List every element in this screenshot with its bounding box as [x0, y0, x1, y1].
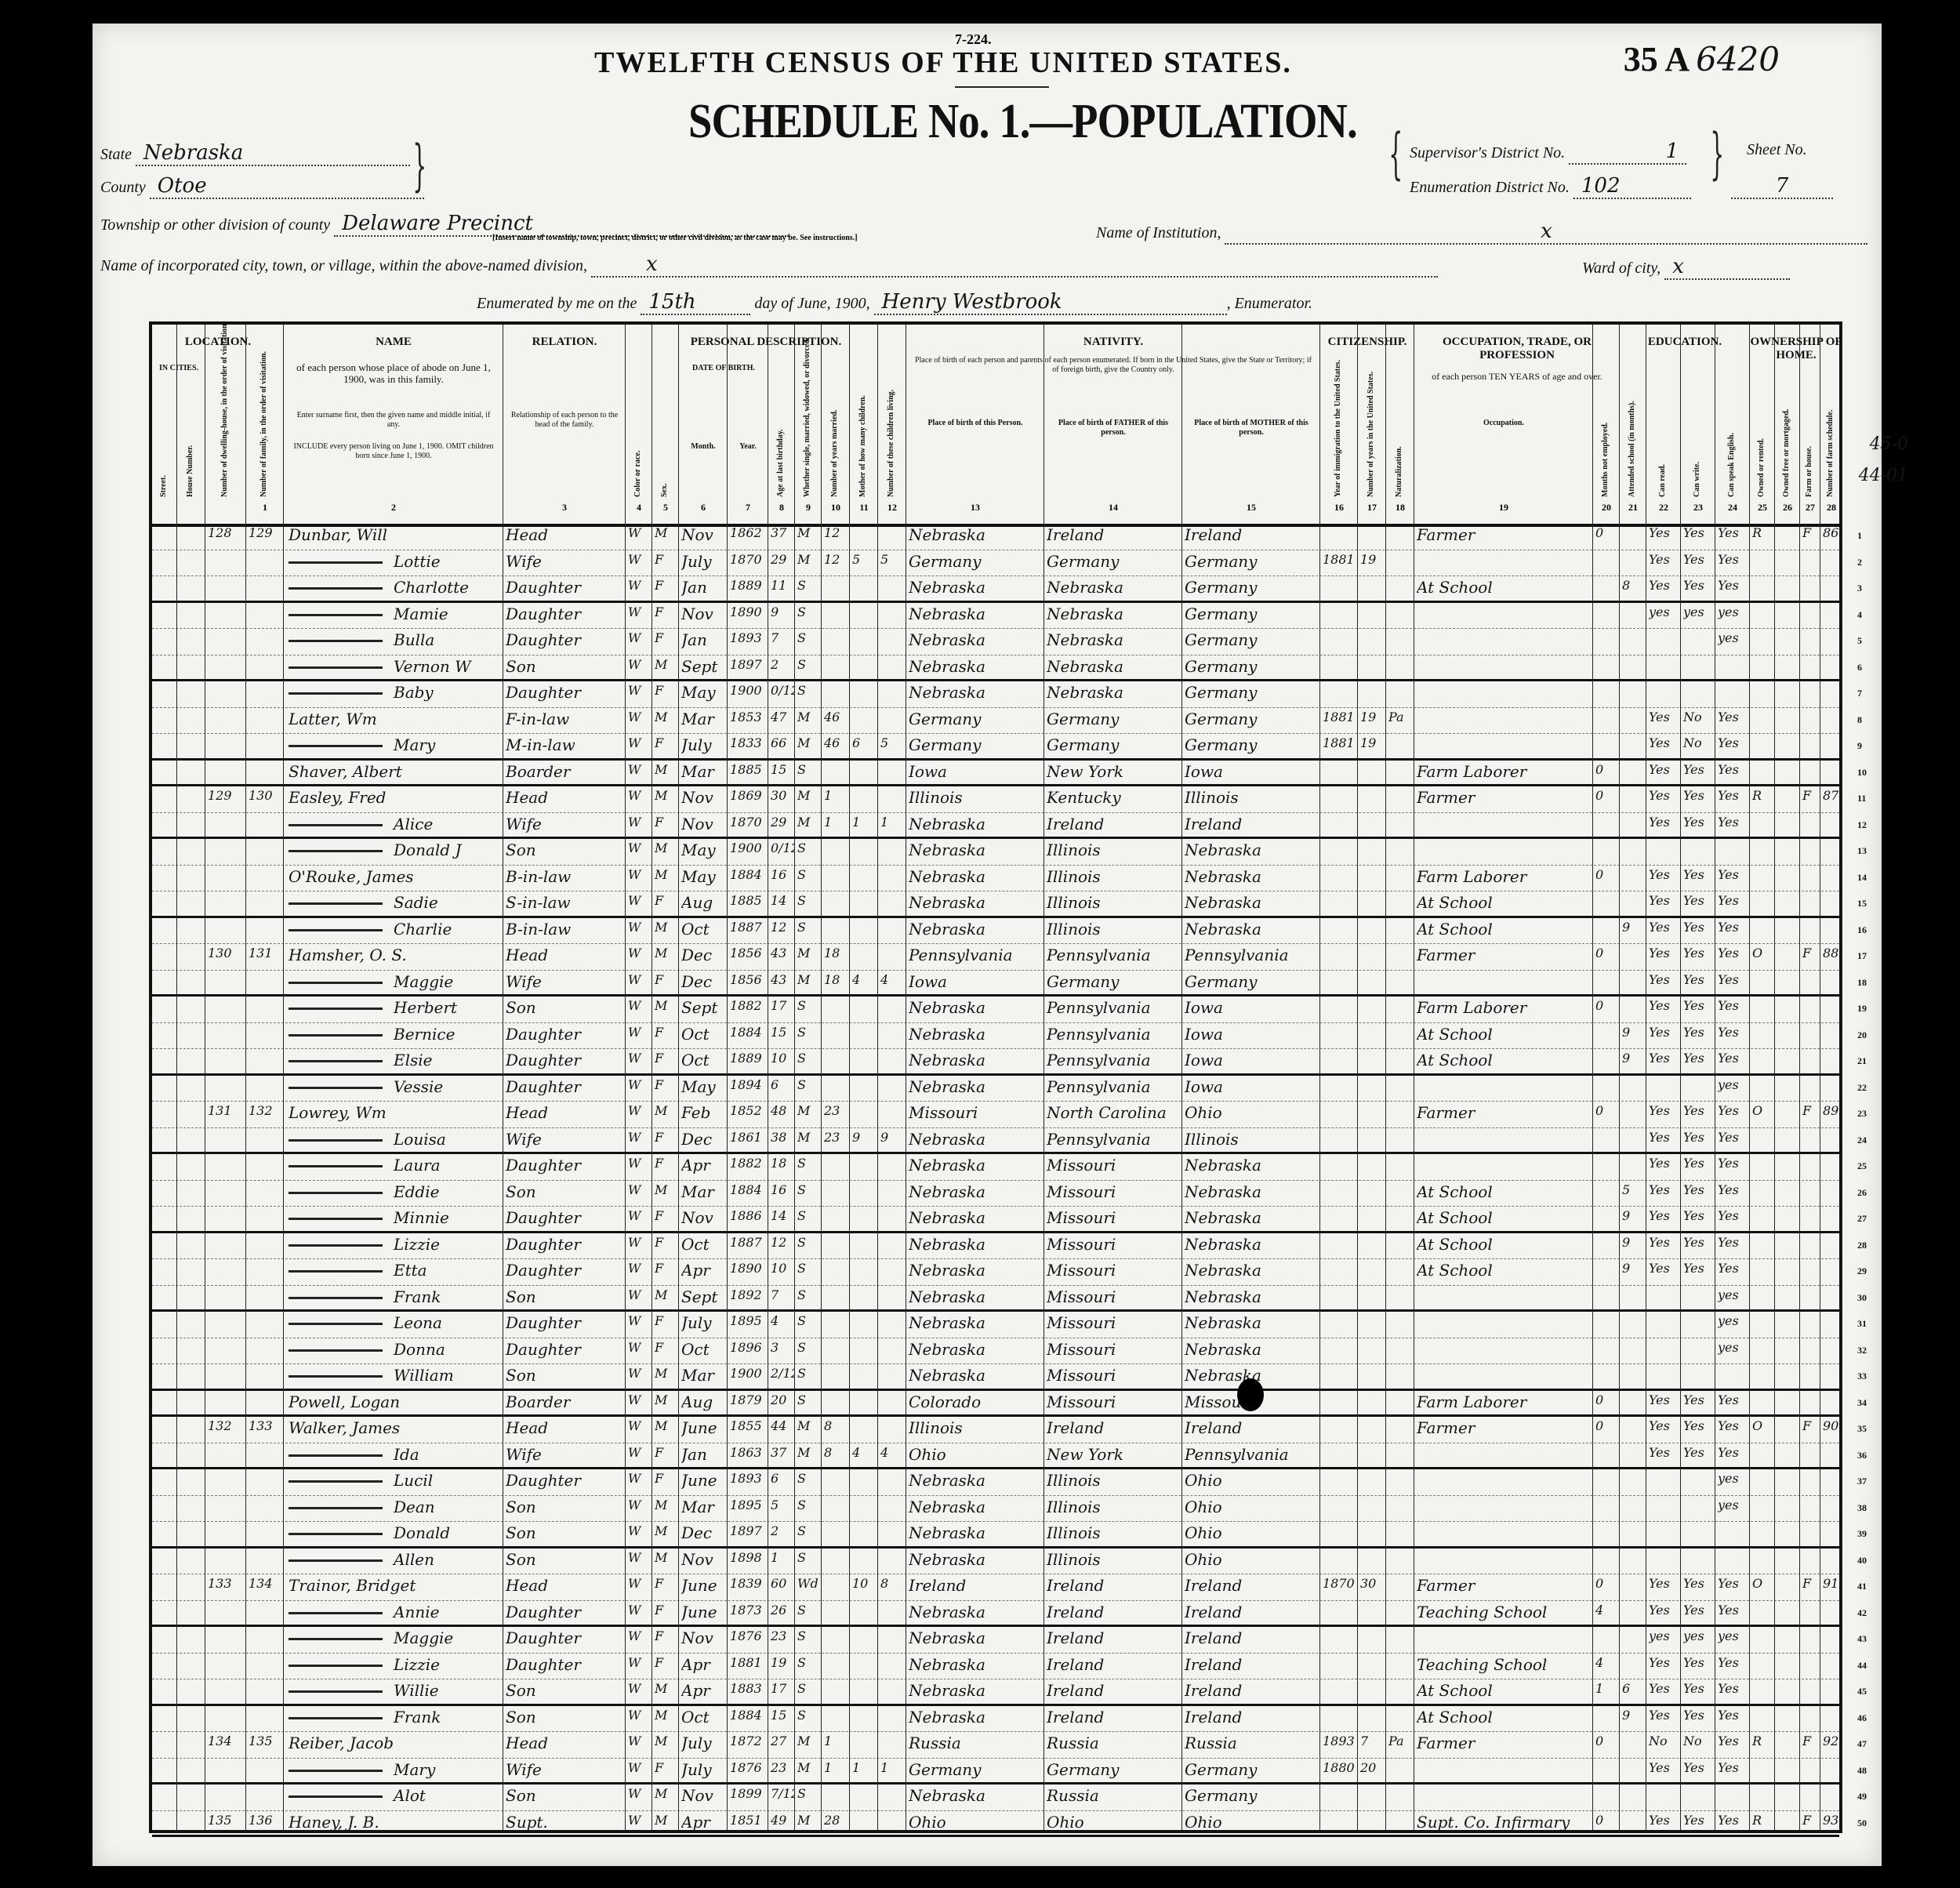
census-page: 7-224. TWELFTH CENSUS OF THE UNITED STAT…	[93, 24, 1882, 1866]
row-number: 9	[1857, 740, 1862, 752]
brace: {	[1388, 122, 1403, 186]
column-line	[1320, 325, 1358, 1830]
column-line	[728, 325, 768, 1830]
row-number: 29	[1857, 1265, 1867, 1277]
state-label: State	[100, 146, 132, 163]
column-line	[1681, 325, 1715, 1830]
township-note: [Insert name of township, town, precinct…	[492, 234, 858, 242]
row-number: 46	[1857, 1712, 1867, 1724]
row-number: 25	[1857, 1160, 1867, 1172]
row-number: 36	[1857, 1450, 1867, 1461]
city-value: x	[591, 252, 1438, 278]
census-title: TWELFTH CENSUS OF THE UNITED STATES.	[594, 45, 1292, 80]
ink-blot	[1237, 1378, 1264, 1411]
row-number: 15	[1857, 898, 1867, 910]
column-line	[768, 325, 795, 1830]
row-number: 40	[1857, 1555, 1867, 1567]
row-number: 6	[1857, 662, 1862, 674]
row-number: 41	[1857, 1581, 1867, 1592]
column-line	[1044, 325, 1182, 1830]
row-number: 39	[1857, 1528, 1867, 1540]
column-line	[1646, 325, 1681, 1830]
row-number: 7	[1857, 688, 1862, 699]
row-number: 8	[1857, 714, 1862, 726]
column-line	[246, 325, 284, 1830]
schedule-title: SCHEDULE No. 1.—POPULATION.	[688, 94, 1357, 150]
column-line	[152, 325, 177, 1830]
row-number: 47	[1857, 1738, 1867, 1750]
column-line	[626, 325, 652, 1830]
row-number: 24	[1857, 1135, 1867, 1146]
row-number: 16	[1857, 924, 1867, 936]
township-label: Township or other division of county	[100, 216, 330, 234]
state-value: Nebraska	[136, 141, 410, 166]
column-line	[906, 325, 1044, 1830]
enumeration-value: 102	[1573, 174, 1691, 199]
margin-note-1: 45-0	[1870, 434, 1908, 454]
row-number: 12	[1857, 819, 1867, 831]
supervisor-value: 1	[1569, 140, 1686, 165]
column-line	[1800, 325, 1820, 1830]
row-number: 3	[1857, 583, 1862, 594]
margin-note-2: 44-01	[1859, 466, 1908, 485]
column-line	[1750, 325, 1775, 1830]
row-number: 4	[1857, 609, 1862, 621]
row-number: 50	[1857, 1817, 1867, 1829]
row-number: 37	[1857, 1476, 1867, 1487]
brace: }	[412, 133, 426, 198]
row-number: 27	[1857, 1213, 1867, 1225]
sheet-tag-print: 35 A	[1624, 40, 1690, 78]
sheet-value: 7	[1731, 174, 1833, 199]
row-number: 11	[1857, 793, 1866, 804]
supervisor-label: Supervisor's District No.	[1410, 144, 1565, 162]
county-value: Otoe	[150, 174, 424, 199]
row-number: 48	[1857, 1765, 1867, 1777]
sheet-tag-handwritten: 6420	[1696, 40, 1780, 78]
ward-field: Ward of city, x	[1582, 255, 1790, 280]
row-number: 18	[1857, 977, 1867, 989]
row-number: 44	[1857, 1660, 1867, 1672]
enumerated-day: 15th	[641, 290, 750, 315]
column-line	[652, 325, 679, 1830]
column-line	[850, 325, 878, 1830]
row-number: 22	[1857, 1082, 1867, 1094]
row-number: 19	[1857, 1003, 1867, 1015]
sheet-field: 7	[1731, 174, 1833, 199]
column-line	[822, 325, 850, 1830]
row-number: 20	[1857, 1029, 1867, 1041]
row-number: 42	[1857, 1607, 1867, 1619]
county-label: County	[100, 179, 146, 196]
row-number: 28	[1857, 1240, 1867, 1251]
column-line	[177, 325, 205, 1830]
row-number: 49	[1857, 1791, 1867, 1803]
state-field: State Nebraska	[100, 141, 410, 166]
brace: }	[1710, 122, 1724, 186]
column-line	[1593, 325, 1620, 1830]
row-number: 2	[1857, 557, 1862, 568]
enumeration-field: Enumeration District No. 102	[1410, 174, 1691, 199]
row-number: 45	[1857, 1686, 1867, 1697]
row-number: 21	[1857, 1055, 1867, 1067]
enumerated-field: Enumerated by me on the 15th day of June…	[477, 290, 1312, 315]
column-line	[1414, 325, 1593, 1830]
column-line	[503, 325, 626, 1830]
row-number: 43	[1857, 1633, 1867, 1645]
column-line	[1715, 325, 1750, 1830]
row-number: 5	[1857, 635, 1862, 647]
row-number: 23	[1857, 1108, 1867, 1120]
supervisor-field: Supervisor's District No. 1	[1410, 140, 1686, 165]
sheet-label: Sheet No.	[1747, 141, 1807, 159]
row-number: 33	[1857, 1371, 1867, 1382]
county-field: County Otoe	[100, 174, 424, 199]
enumerated-prefix: Enumerated by me on the	[477, 295, 637, 312]
row-number: 31	[1857, 1318, 1867, 1330]
column-line	[795, 325, 822, 1830]
column-line	[1358, 325, 1386, 1830]
row-number: 35	[1857, 1423, 1867, 1435]
sheet-tag: 35 A6420	[1624, 39, 1780, 79]
column-line	[1182, 325, 1320, 1830]
row-number: 17	[1857, 950, 1867, 962]
column-line	[1775, 325, 1800, 1830]
ward-label: Ward of city,	[1582, 260, 1661, 277]
row-number: 32	[1857, 1345, 1867, 1356]
population-table: Street.House Number.Number of dwelling-h…	[149, 321, 1842, 1833]
column-line	[878, 325, 906, 1830]
enumerator-name: Henry Westbrook	[874, 290, 1227, 315]
enumeration-label: Enumeration District No.	[1410, 179, 1570, 196]
institution-value: x	[1225, 220, 1867, 245]
row-number: 10	[1857, 767, 1867, 779]
column-line	[1620, 325, 1646, 1830]
row-number: 1	[1857, 530, 1862, 542]
city-field: Name of incorporated city, town, or vill…	[100, 252, 1438, 278]
column-line	[284, 325, 503, 1830]
row-number: 30	[1857, 1292, 1867, 1304]
institution-label: Name of Institution,	[1096, 224, 1221, 241]
city-label: Name of incorporated city, town, or vill…	[100, 257, 587, 274]
institution-field: Name of Institution, x	[1096, 220, 1867, 245]
ward-value: x	[1664, 255, 1790, 280]
row-number: 38	[1857, 1502, 1867, 1514]
column-line	[679, 325, 728, 1830]
enumerated-suffix: day of June, 1900,	[754, 295, 869, 312]
column-line	[1820, 325, 1842, 1830]
row-number: 14	[1857, 872, 1867, 884]
enumerator-label: , Enumerator.	[1227, 295, 1312, 312]
row-number: 34	[1857, 1397, 1867, 1409]
row-number: 26	[1857, 1187, 1867, 1199]
column-line	[205, 325, 246, 1830]
title-rule	[955, 86, 1049, 88]
column-line	[1386, 325, 1414, 1830]
row-number: 13	[1857, 845, 1867, 857]
